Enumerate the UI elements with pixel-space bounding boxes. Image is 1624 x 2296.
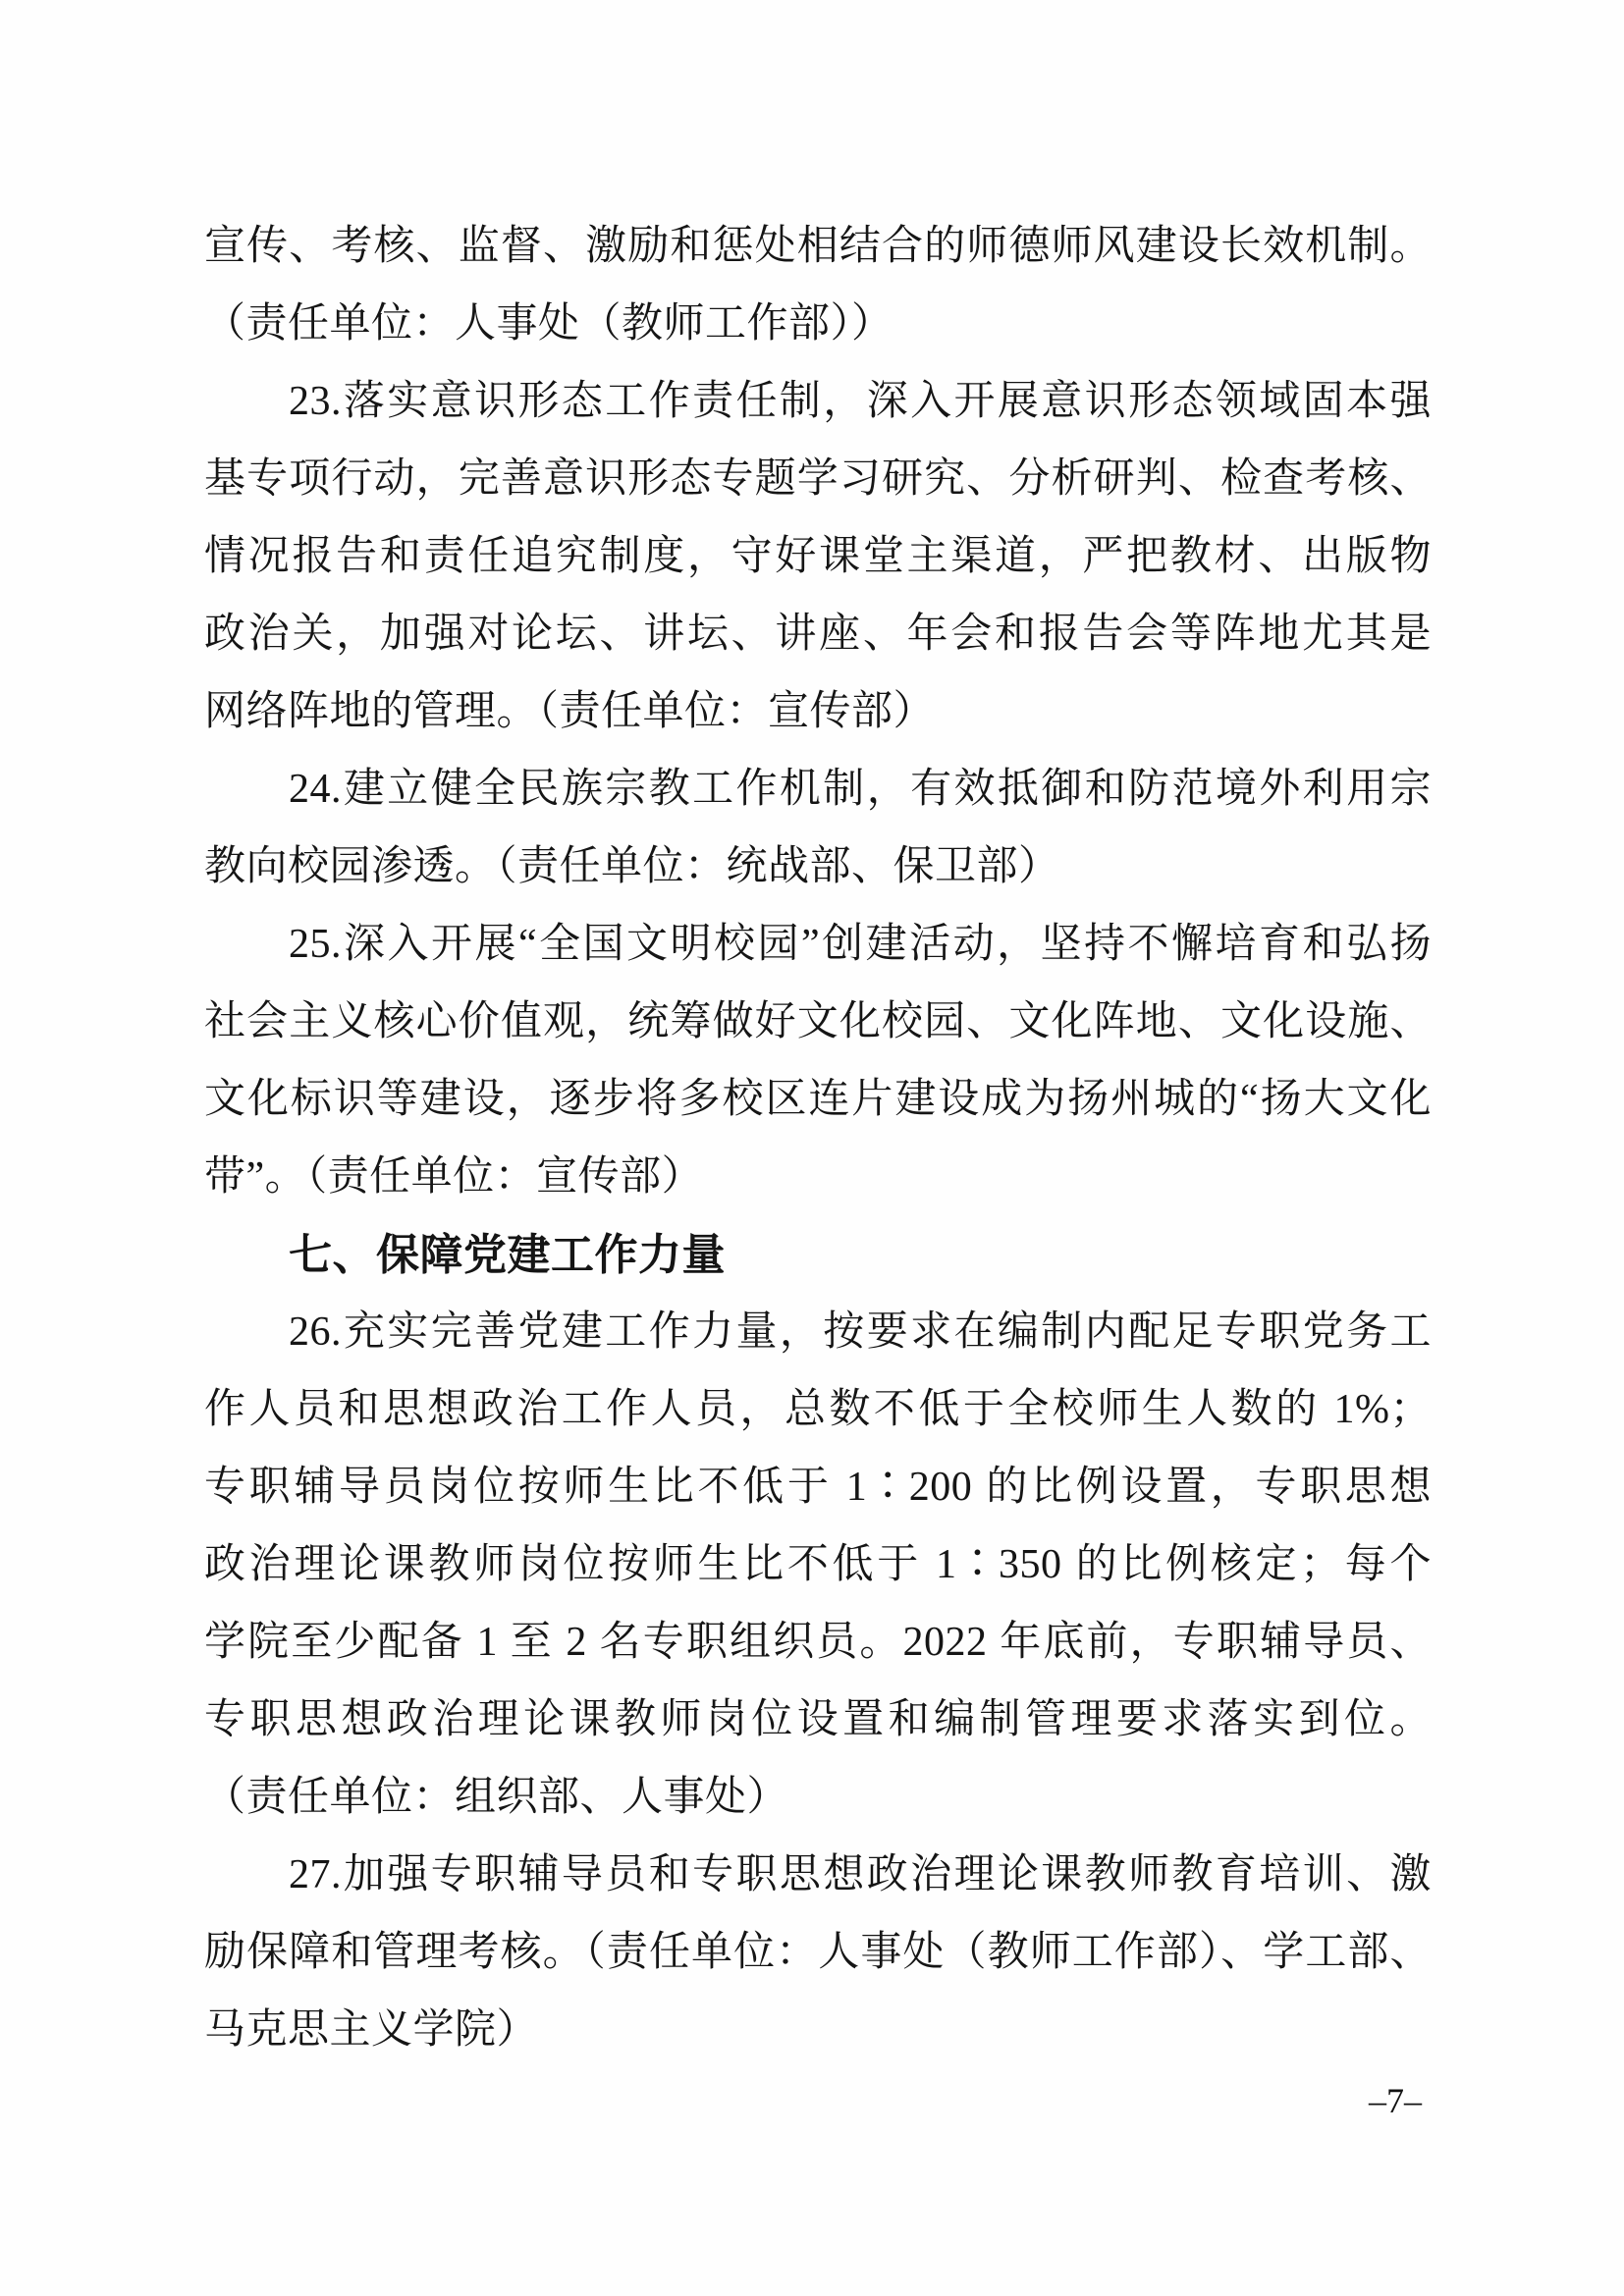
text-line: 23.落实意识形态工作责任制，深入开展意识形态领域固本强 xyxy=(204,363,1432,441)
text-line: 政治关，加强对论坛、讲坛、讲座、年会和报告会等阵地尤其是 xyxy=(204,596,1432,673)
text-line: （责任单位：人事处（教师工作部）） xyxy=(204,286,1432,363)
section-heading: 七、保障党建工作力量 xyxy=(204,1216,1432,1294)
text-line: 基专项行动，完善意识形态专题学习研究、分析研判、检查考核、 xyxy=(204,441,1432,518)
text-line: 26.充实完善党建工作力量，按要求在编制内配足专职党务工 xyxy=(204,1294,1432,1371)
page-number: –7– xyxy=(1369,2079,1422,2122)
text-line: （责任单位：组织部、人事处） xyxy=(204,1759,1432,1837)
document-page: 宣传、考核、监督、激励和惩处相结合的师德师风建设长效机制。（责任单位：人事处（教… xyxy=(0,0,1624,2296)
text-line: 25.深入开展“全国文明校园”创建活动，坚持不懈培育和弘扬 xyxy=(204,906,1432,984)
text-line: 网络阵地的管理。（责任单位：宣传部） xyxy=(204,673,1432,751)
text-line: 励保障和管理考核。（责任单位：人事处（教师工作部）、学工部、 xyxy=(204,1914,1432,1992)
text-line: 专职思想政治理论课教师岗位设置和编制管理要求落实到位。 xyxy=(204,1682,1432,1759)
text-line: 27.加强专职辅导员和专职思想政治理论课教师教育培训、激 xyxy=(204,1837,1432,1914)
text-line: 教向校园渗透。（责任单位：统战部、保卫部） xyxy=(204,828,1432,906)
text-line: 马克思主义学院） xyxy=(204,1992,1432,2069)
text-line: 政治理论课教师岗位按师生比不低于 1∶350 的比例核定；每个 xyxy=(204,1526,1432,1604)
text-line: 情况报告和责任追究制度，守好课堂主渠道，严把教材、出版物 xyxy=(204,518,1432,596)
document-body: 宣传、考核、监督、激励和惩处相结合的师德师风建设长效机制。（责任单位：人事处（教… xyxy=(204,208,1432,2069)
text-line: 宣传、考核、监督、激励和惩处相结合的师德师风建设长效机制。 xyxy=(204,208,1432,286)
text-line: 社会主义核心价值观，统筹做好文化校园、文化阵地、文化设施、 xyxy=(204,984,1432,1061)
text-line: 学院至少配备 1 至 2 名专职组织员。2022 年底前，专职辅导员、 xyxy=(204,1604,1432,1682)
text-line: 作人员和思想政治工作人员，总数不低于全校师生人数的 1%； xyxy=(204,1371,1432,1449)
text-line: 文化标识等建设，逐步将多校区连片建设成为扬州城的“扬大文化 xyxy=(204,1061,1432,1139)
text-line: 专职辅导员岗位按师生比不低于 1∶200 的比例设置，专职思想 xyxy=(204,1449,1432,1526)
text-line: 24.建立健全民族宗教工作机制，有效抵御和防范境外利用宗 xyxy=(204,751,1432,828)
text-line: 带”。（责任单位：宣传部） xyxy=(204,1139,1432,1216)
